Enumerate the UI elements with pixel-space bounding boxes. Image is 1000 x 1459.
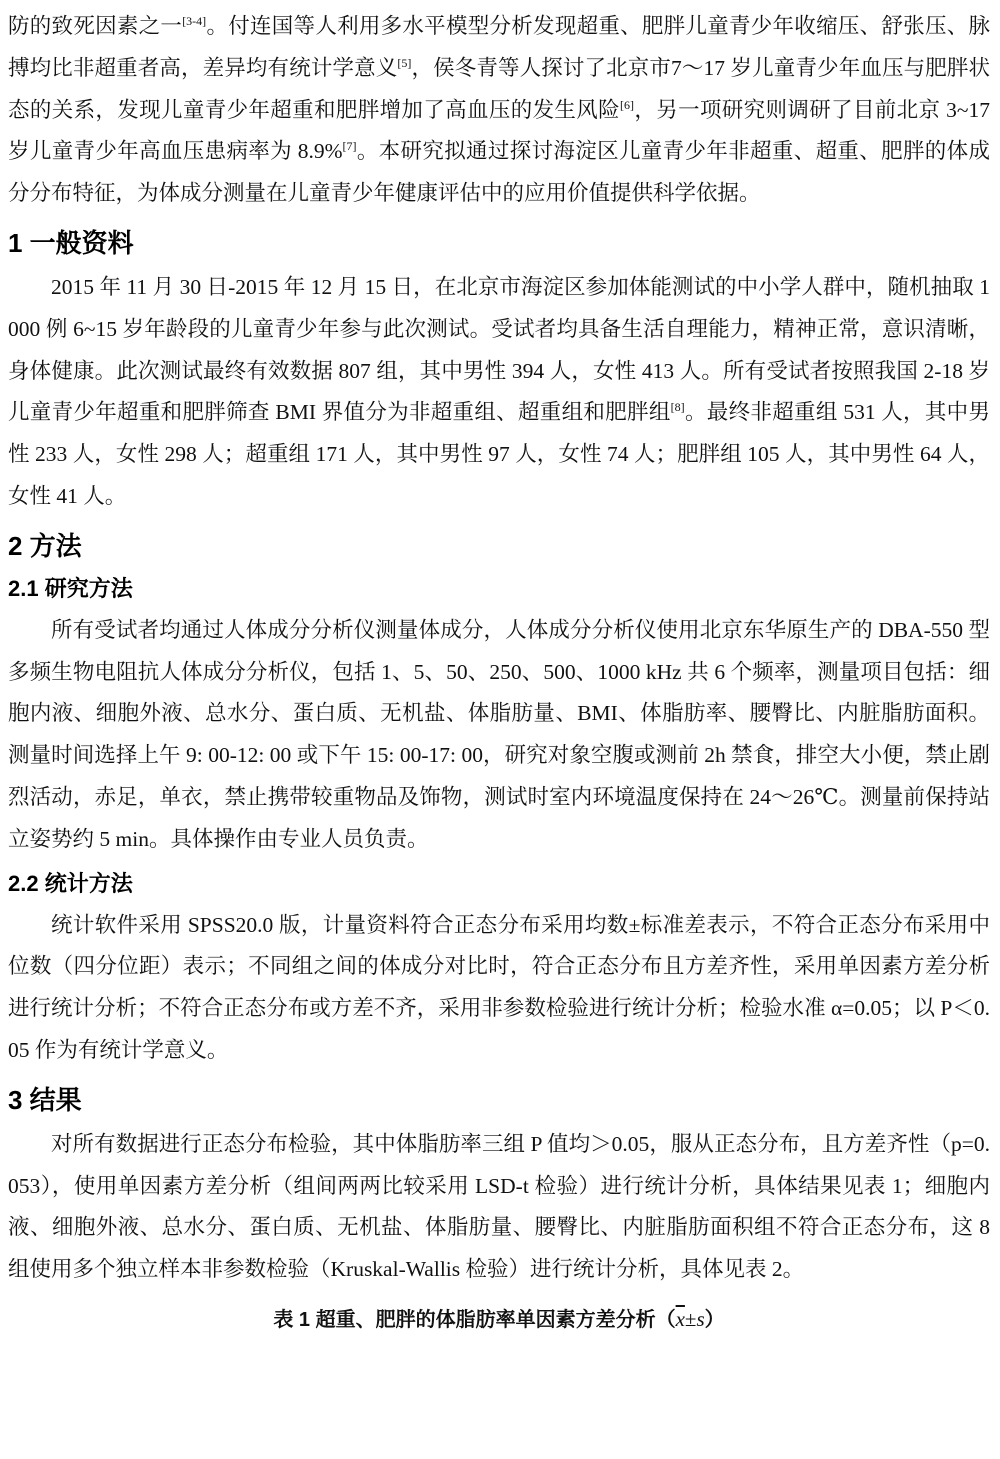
citation-ref-8: [8] bbox=[671, 400, 685, 414]
section-2-2-heading: 2.2 统计方法 bbox=[8, 865, 990, 903]
section-2-1-paragraph: 所有受试者均通过人体成分分析仪测量体成分，人体成分分析仪使用北京东华原生产的 D… bbox=[8, 610, 990, 861]
section-3-heading: 3 结果 bbox=[8, 1080, 990, 1120]
sd-s-symbol: s bbox=[696, 1307, 704, 1331]
section-3-paragraph: 对所有数据进行正态分布检验，其中体脂肪率三组 P 值均＞0.05，服从正态分布，… bbox=[8, 1124, 990, 1291]
table1-caption-close: ） bbox=[705, 1309, 725, 1331]
section-2-1-heading: 2.1 研究方法 bbox=[8, 570, 990, 608]
intro-text-1: 防的致死因素之一 bbox=[8, 14, 182, 38]
citation-ref-3-4: [3-4] bbox=[182, 14, 206, 28]
citation-ref-7: [7] bbox=[342, 139, 356, 153]
intro-paragraph: 防的致死因素之一[3-4]。付连国等人利用多水平模型分析发现超重、肥胖儿童青少年… bbox=[8, 6, 990, 215]
table1-caption: 表 1 超重、肥胖的体脂肪率单因素方差分析（x±s） bbox=[8, 1299, 990, 1340]
section-2-2-paragraph: 统计软件采用 SPSS20.0 版，计量资料符合正态分布采用均数±标准差表示，不… bbox=[8, 905, 990, 1072]
citation-ref-6: [6] bbox=[620, 97, 634, 111]
table1-caption-text: 表 1 超重、肥胖的体脂肪率单因素方差分析（ bbox=[273, 1309, 675, 1331]
paper-page: 防的致死因素之一[3-4]。付连国等人利用多水平模型分析发现超重、肥胖儿童青少年… bbox=[0, 0, 1000, 1459]
plus-minus-symbol: ± bbox=[685, 1307, 697, 1331]
section-1-paragraph: 2015 年 11 月 30 日-2015 年 12 月 15 日，在北京市海淀… bbox=[8, 267, 990, 518]
section-2-heading: 2 方法 bbox=[8, 526, 990, 566]
section-1-heading: 1 一般资料 bbox=[8, 223, 990, 263]
mean-xbar-symbol: x bbox=[676, 1307, 685, 1331]
citation-ref-5: [5] bbox=[397, 56, 411, 70]
